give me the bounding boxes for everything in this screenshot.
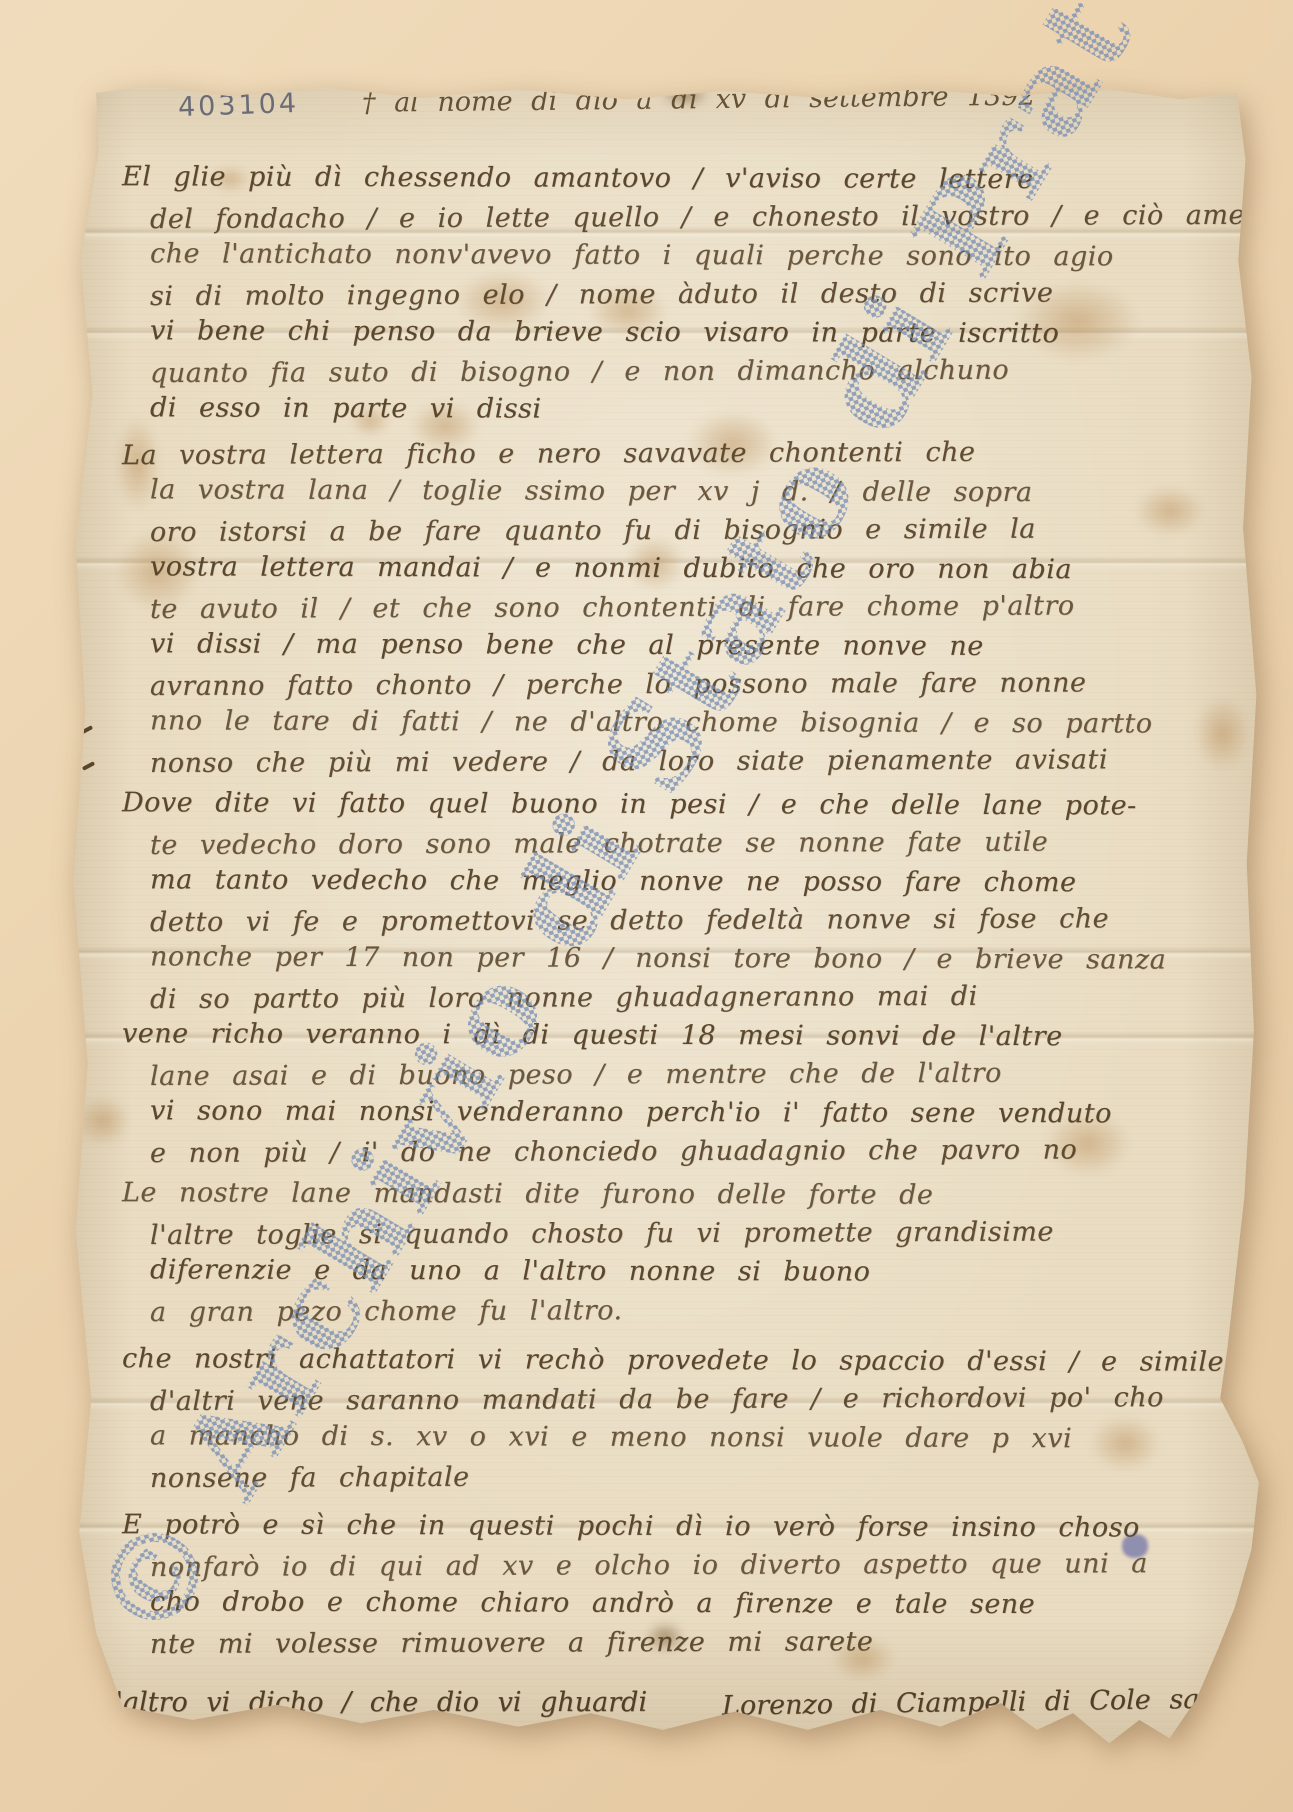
document-scan: 403104 † al nome di dio a dì xv di sette… [0,0,1293,1812]
margin-ink-mark [82,761,95,771]
manuscript-line: E potrò e sì che in questi pochi dì io v… [122,1506,1242,1548]
manuscript-line: vene richo veranno i dì di questi 18 mes… [122,1015,1242,1057]
manuscript-line: cho drobo e chome chiaro andrò a firenze… [122,1583,1242,1625]
manuscript-line: nonfarò io di qui ad xv e olcho io diver… [122,1544,1242,1587]
manuscript-line: che nostri achattatori vi rechò provedet… [122,1340,1242,1382]
manuscript-line: che l'antichato nonv'avevo fatto i quali… [122,235,1242,277]
manuscript-line: avranno fatto chonto / perche lo possono… [122,663,1242,706]
manuscript-line: te avuto il / et che sono chontenti di f… [122,586,1242,629]
manuscript-line: la vostra lana / toglie ssimo per xv j d… [122,471,1242,513]
manuscript-line: del fondacho / e io lette quello / e cho… [122,196,1242,239]
manuscript-line: oro istorsi a be fare quanto fu di bisog… [122,509,1242,552]
manuscript-line: nonche per 17 non per 16 / nonsi tore bo… [122,938,1242,980]
manuscript-line: vostra lettera mandai / e nonmi dubito c… [122,548,1242,590]
manuscript-line: e non più / i' do ne chonciedo ghuadagni… [122,1130,1242,1173]
manuscript-line: Dove dite vi fatto quel buono in pesi / … [122,784,1242,826]
closing-line: N'altro vi dicho / che dio vi ghuardi [92,1684,647,1722]
manuscript-line: di esso in parte vi dissi [122,389,1242,431]
manuscript-line: a mancho di s. xv o xvi e meno nonsi vuo… [122,1417,1242,1459]
manuscript-line: te vedecho doro sono male chotrate se no… [122,822,1242,865]
manuscript-line: nno le tare di fatti / ne d'altro chome … [122,702,1242,744]
manuscript-line: ma tanto vedecho che meglio nonve ne pos… [122,861,1242,903]
manuscript-line: a gran pezo chome fu l'altro. [122,1289,1242,1332]
letter-body: El glie più dì chessendo amantovo / v'av… [122,160,1242,1722]
manuscript-line: Le nostre lane mandasti dite furono dell… [122,1174,1242,1216]
manuscript-line: nonsene fa chapitale [122,1455,1242,1498]
manuscript-line: d'altri vene saranno mandati da be fare … [122,1378,1242,1421]
manuscript-line: si di molto ingegno elo / nome àduto il … [122,273,1242,316]
manuscript-line: El glie più dì chessendo amantovo / v'av… [122,158,1242,200]
closing-row: N'altro vi dicho / che dio vi ghuardi Lo… [92,1684,1252,1722]
manuscript-line: lane asai e di buono peso / e mentre che… [122,1053,1242,1096]
manuscript-line: diferenzie e da uno a l'altro nonne si b… [122,1251,1242,1293]
manuscript-line: quanto fia suto di bisogno / e non diman… [122,350,1242,393]
paper-sheet: 403104 † al nome di dio a dì xv di sette… [60,76,1266,1750]
archive-number: 403104 [177,88,299,123]
manuscript-line: nonso che più mi vedere / da loro siate … [122,740,1242,783]
letter-paper: 403104 † al nome di dio a dì xv di sette… [60,76,1266,1750]
manuscript-line: vi bene chi penso da brieve scio visaro … [122,312,1242,354]
signature: Lorenzo di Ciampelli di Cole salute [722,1680,1253,1725]
manuscript-line: detto vi fe e promettovi se detto fedelt… [122,899,1242,942]
manuscript-line: nte mi volesse rimuovere a firenze mi sa… [122,1621,1242,1664]
manuscript-line: vi dissi / ma penso bene che al presente… [122,625,1242,667]
dateline: † al nome di dio a dì xv di settembre 13… [362,80,1082,119]
corner-stain [65,86,95,120]
manuscript-line: La vostra lettera ficho e nero savavate … [122,432,1242,475]
manuscript-line: vi sono mai nonsi venderanno perch'io i'… [122,1092,1242,1134]
margin-ink-mark [80,725,93,735]
manuscript-line: di so partto più loro nonne ghuadagneran… [122,976,1242,1019]
manuscript-line: l'altre toglie si quando chosto fu vi pr… [122,1212,1242,1255]
